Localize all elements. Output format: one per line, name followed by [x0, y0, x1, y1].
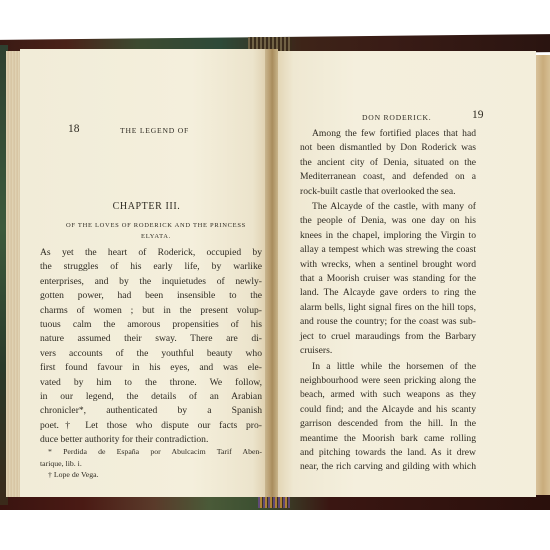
footnote-1-cont: tarique, lib. i. [40, 458, 262, 470]
page-number: 18 [68, 123, 80, 135]
page-block-right-edge [536, 55, 550, 495]
body-text: As yet the heart of Roderick, occupied b… [40, 246, 262, 448]
chapter-subtitle: OF THE LOVES OF RODERICK AND THE PRINCES… [46, 220, 266, 242]
right-page: DON RODERICK. 19 Among the few fortified… [278, 51, 536, 497]
book-gutter [265, 49, 278, 497]
page-block-left-edge [6, 51, 20, 497]
footnote-1: * Perdida de España por Abulcacim Tarif … [40, 446, 262, 458]
running-head: THE LEGEND OF [120, 126, 189, 135]
body-text: Among the few fortified places that had … [300, 127, 476, 475]
left-page: 18 THE LEGEND OF CHAPTER III. OF THE LOV… [20, 49, 265, 497]
page-number: 19 [472, 109, 484, 121]
chapter-title: CHAPTER III. [24, 201, 269, 212]
footnotes: * Perdida de España por Abulcacim Tarif … [40, 446, 262, 481]
open-book: 18 THE LEGEND OF CHAPTER III. OF THE LOV… [0, 37, 550, 510]
footnote-2: † Lope de Vega. [40, 469, 262, 481]
running-head: DON RODERICK. [362, 113, 431, 122]
